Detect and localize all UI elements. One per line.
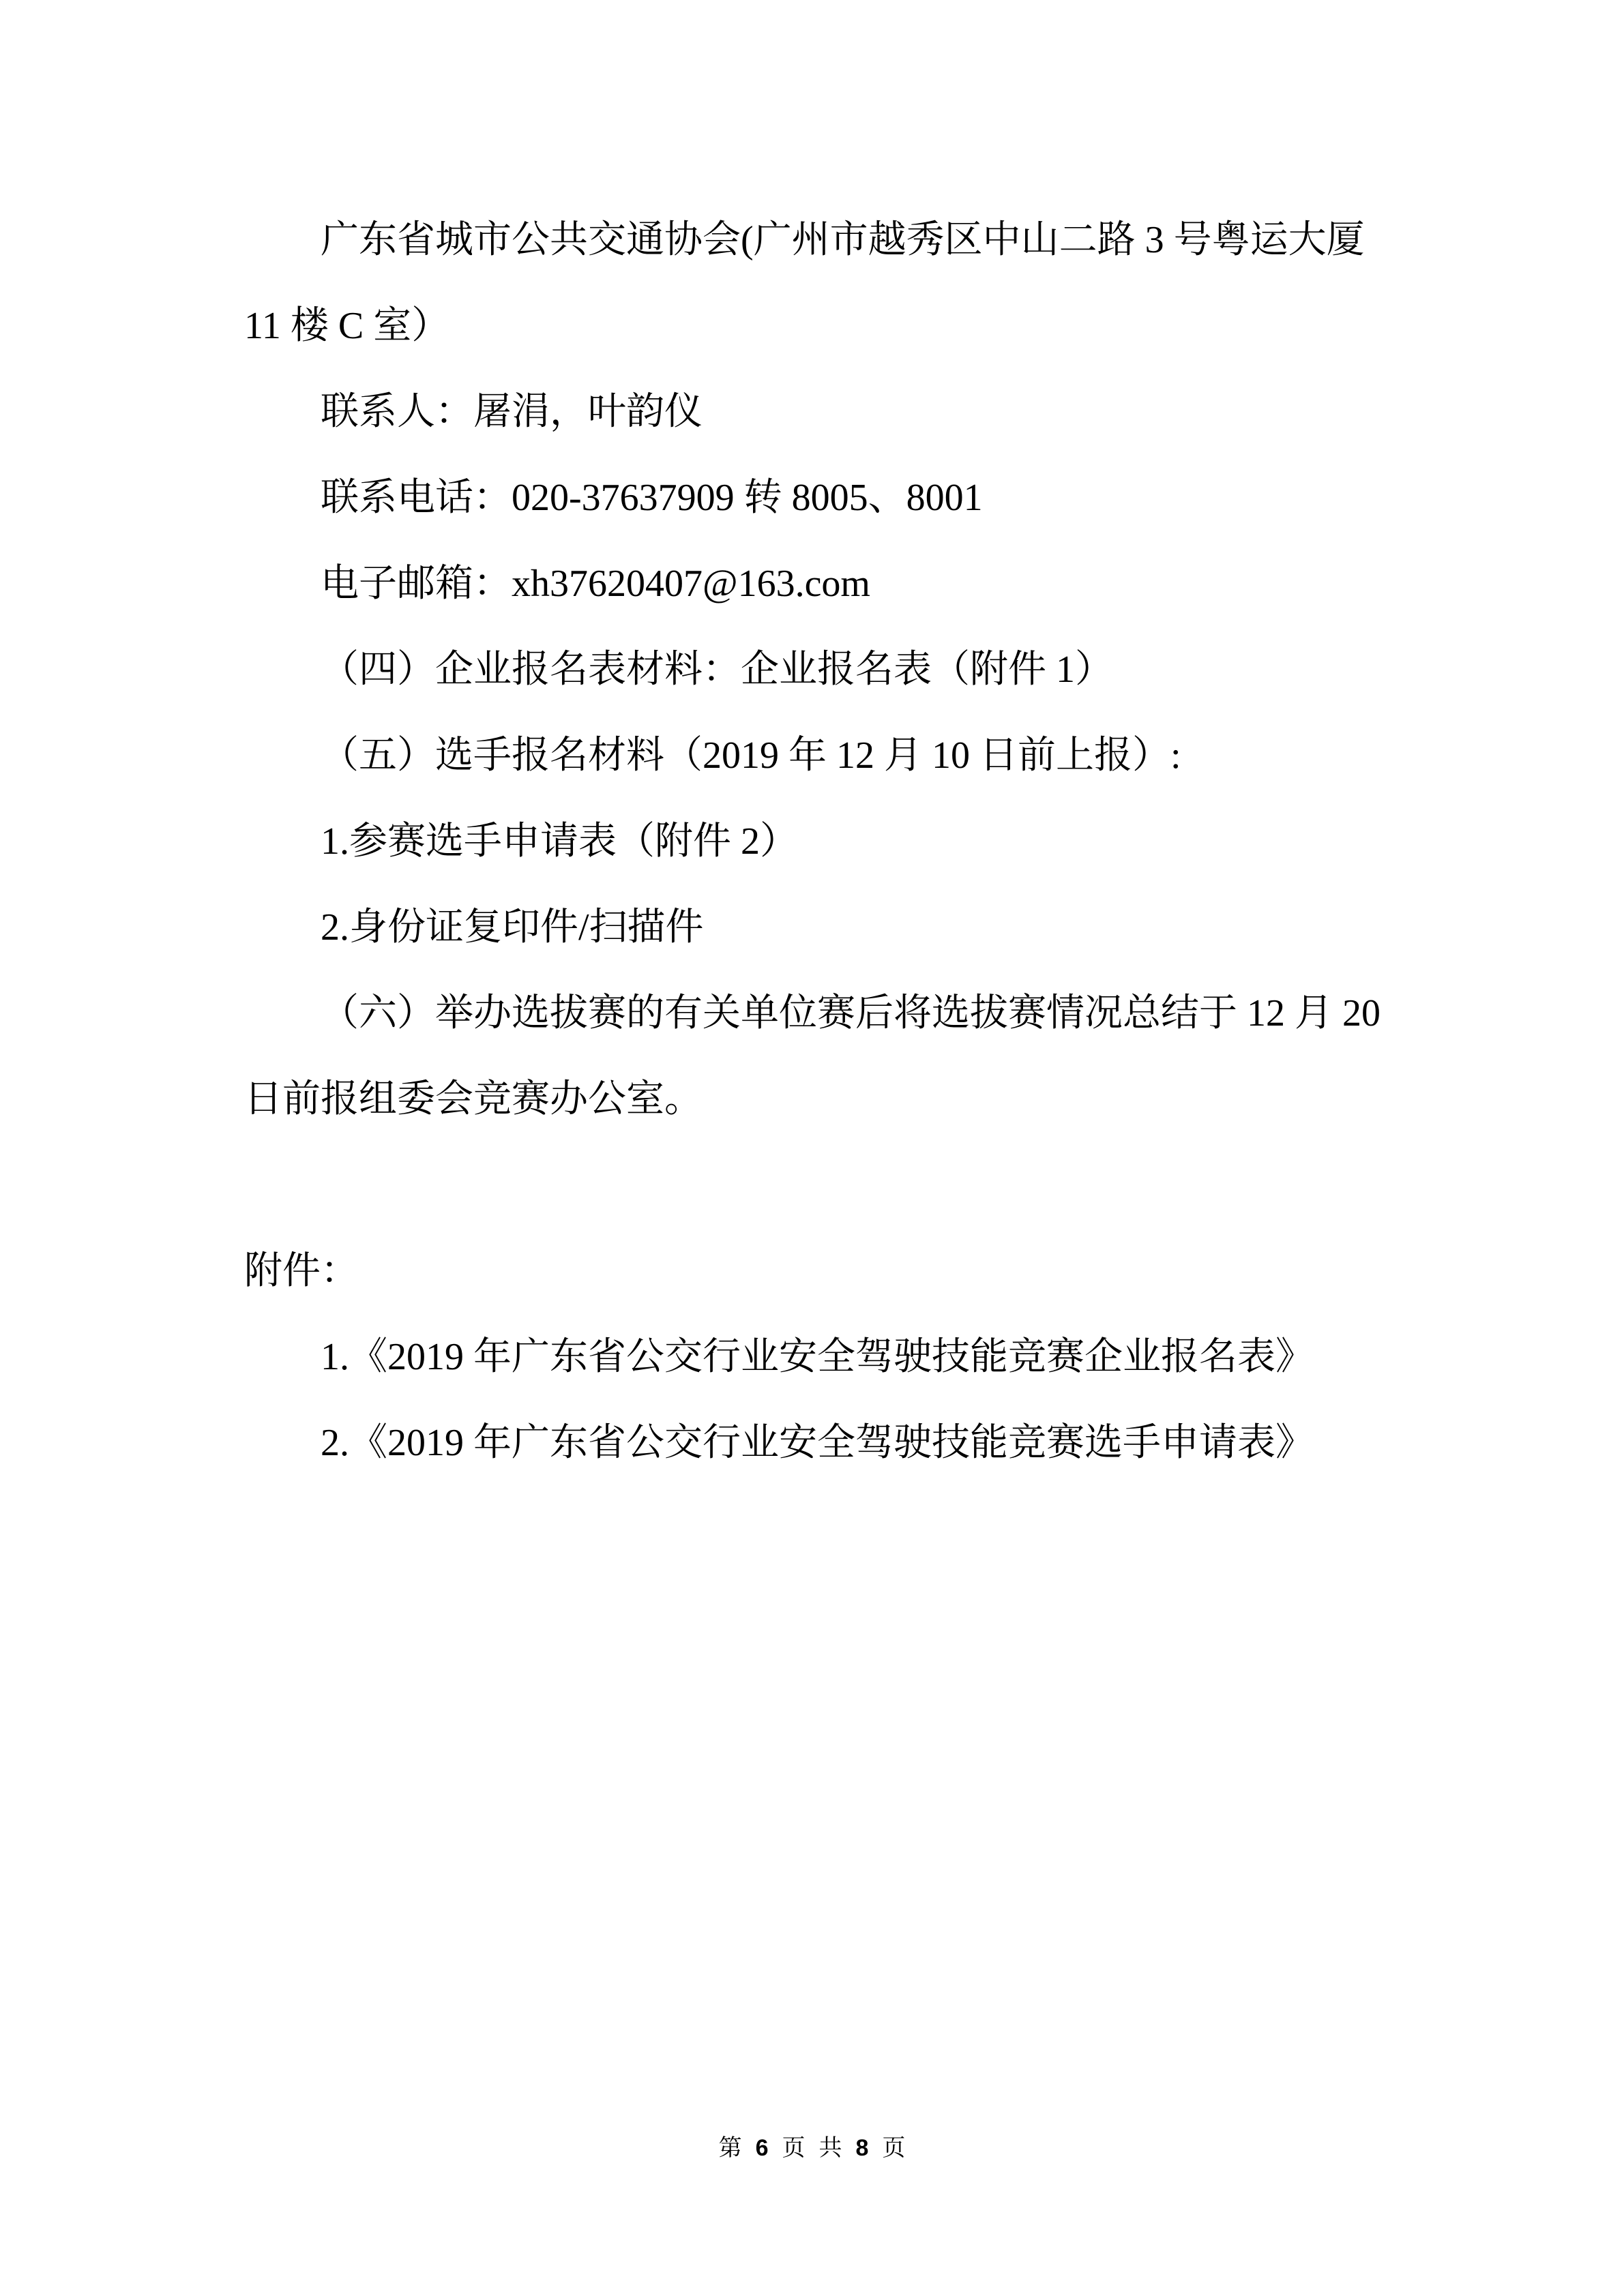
item-six-summary-line-1: （六）举办选拔赛的有关单位赛后将选拔赛情况总结于 12 月 20 — [244, 970, 1400, 1056]
item-six-summary-line-2: 日前报组委会竞赛办公室。 — [244, 1056, 1400, 1142]
id-card-copy-line: 2.身份证复印件/扫描件 — [244, 884, 1400, 970]
page-footer: 第6页共8页 — [0, 2133, 1624, 2164]
player-application-form-line: 1.参赛选手申请表（附件 2） — [244, 799, 1400, 884]
contact-person-line: 联系人：屠涓，叶韵仪 — [244, 369, 1400, 455]
contact-phone-line: 联系电话：020-37637909 转 8005、8001 — [244, 455, 1400, 541]
attachment-2-line: 2.《2019 年广东省公交行业安全驾驶技能竞赛选手申请表》 — [244, 1400, 1400, 1486]
address-line-1: 广东省城市公共交通协会(广州市越秀区中山二路 3 号粤运大厦 — [244, 197, 1400, 283]
document-page: 广东省城市公共交通协会(广州市越秀区中山二路 3 号粤运大厦 11 楼 C 室）… — [0, 0, 1624, 2296]
footer-label-ye-2: 页 — [882, 2134, 905, 2164]
attachments-heading: 附件： — [244, 1228, 1400, 1314]
footer-label-di: 第 — [719, 2134, 742, 2164]
contact-email-line: 电子邮箱：xh37620407@163.com — [244, 541, 1400, 627]
document-body: 广东省城市公共交通协会(广州市越秀区中山二路 3 号粤运大厦 11 楼 C 室）… — [244, 197, 1400, 1486]
item-four-enterprise-form-line: （四）企业报名表材料：企业报名表（附件 1） — [244, 627, 1400, 713]
attachment-1-line: 1.《2019 年广东省公交行业安全驾驶技能竞赛企业报名表》 — [244, 1314, 1400, 1400]
address-line-2: 11 楼 C 室） — [244, 283, 1400, 369]
blank-line — [244, 1142, 1400, 1228]
item-five-player-materials-line: （五）选手报名材料（2019 年 12 月 10 日前上报）: — [244, 713, 1400, 799]
current-page-number: 6 — [756, 2133, 769, 2163]
total-page-count: 8 — [856, 2133, 869, 2163]
footer-label-gong: 共 — [819, 2134, 842, 2164]
footer-label-ye-1: 页 — [782, 2134, 806, 2164]
